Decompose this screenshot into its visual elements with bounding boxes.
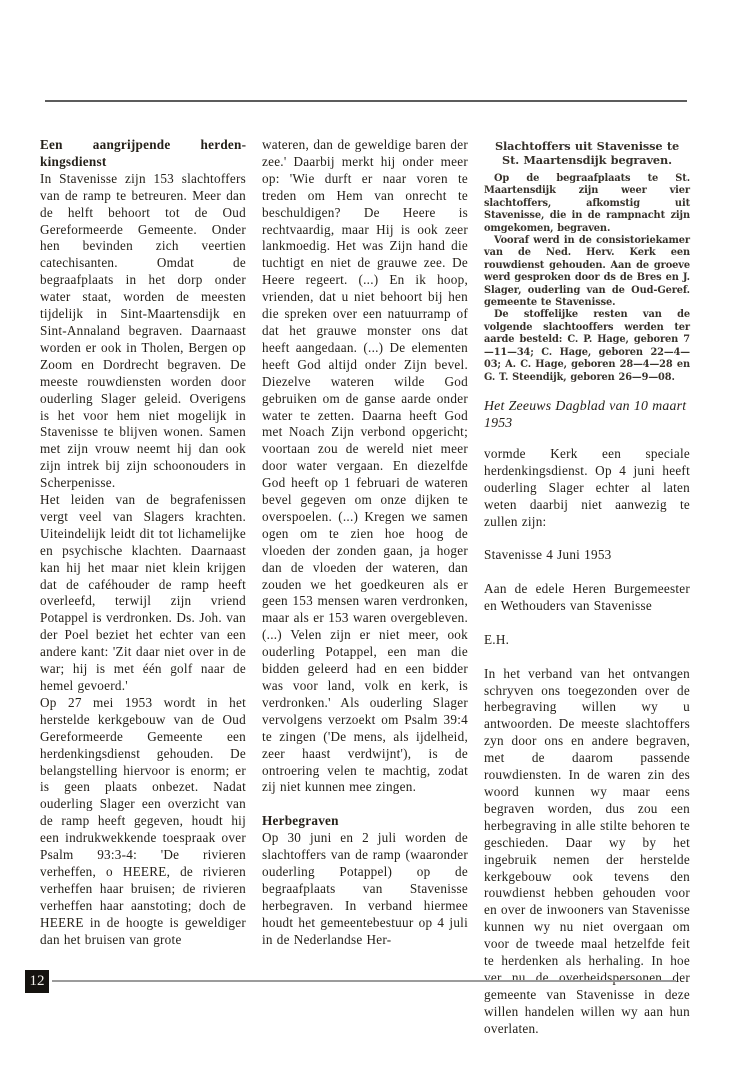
column-right: Slachtoffers uit Stavenisse te St. Maart… [484, 137, 690, 1038]
clipping-headline: Slachtoffers uit Stavenisse te St. Maart… [490, 139, 684, 167]
article-content: Een aangrijpende herden­kingsdienst In S… [40, 137, 690, 1038]
letter-dateline: Stavenisse 4 Juni 1953 [484, 547, 690, 564]
column-left: Een aangrijpende herden­kingsdienst In S… [40, 137, 246, 1038]
page-number: 12 [25, 970, 49, 993]
section-heading: Herbegraven [262, 813, 468, 830]
paragraph: Op 30 juni en 2 juli worden de slachtoff… [262, 830, 468, 948]
paragraph: Het leiden van de begrafenissen vergt ve… [40, 492, 246, 695]
paragraph: wateren, dan de geweldige baren der zee.… [262, 137, 468, 796]
paragraph: Op 27 mei 1953 wordt in het herstelde ke… [40, 695, 246, 949]
letter-addressee: Aan de edele Heren Burgemeester en Wetho… [484, 581, 690, 615]
paragraph: In Stavenisse zijn 153 slachtoffers van … [40, 171, 246, 492]
newspaper-clipping: Slachtoffers uit Stavenisse te St. Maart… [484, 139, 690, 431]
book-page: Een aangrijpende herden­kingsdienst In S… [0, 0, 738, 1068]
column-middle: wateren, dan de geweldige baren der zee.… [262, 137, 468, 1038]
clipping-paragraph: De stoffelijke resten van de volgende sl… [484, 309, 690, 383]
clipping-paragraph: Vooraf werd in de consistoriekamer van d… [484, 235, 690, 309]
bottom-rule [52, 980, 676, 982]
paragraph: vormde Kerk een speciale herdenkingsdien… [484, 446, 690, 531]
top-rule [45, 100, 687, 102]
article-heading: Een aangrijpende herden­kingsdienst [40, 137, 246, 171]
clipping-caption: Het Zeeuws Dagblad van 10 maart 1953 [484, 397, 690, 431]
letter-salutation: E.H. [484, 632, 690, 649]
clipping-paragraph: Op de begraafplaats te St. Maartensdijk … [484, 173, 690, 235]
